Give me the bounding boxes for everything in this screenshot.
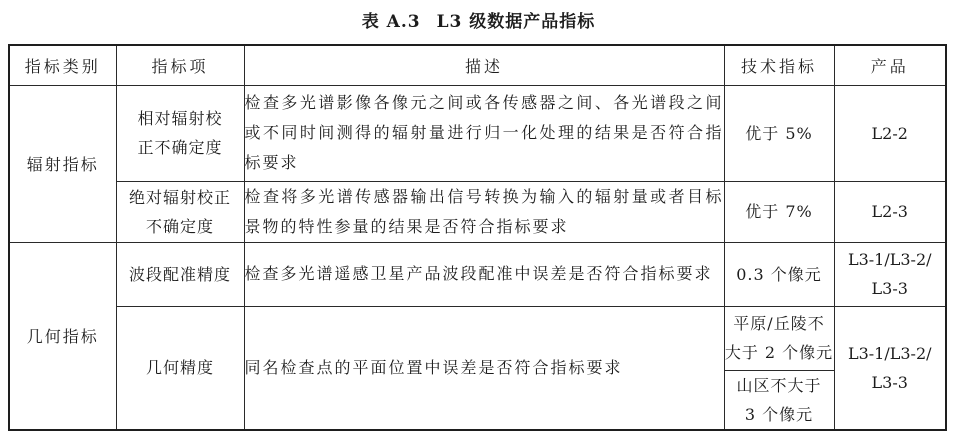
header-description: 描述: [244, 45, 724, 85]
cell-tech-geometric-accuracy-plain: 平原/丘陵不 大于 2 个像元: [724, 306, 834, 370]
cell-tech-relative-radiometric: 优于 5%: [724, 85, 834, 181]
cell-desc-band-registration: 检查多光谱遥感卫星产品波段配准中误差是否符合指标要求: [244, 242, 724, 306]
cell-product-band-registration: L3-1/L3-2/ L3-3: [834, 242, 946, 306]
cell-desc-geometric-accuracy: 同名检查点的平面位置中误差是否符合指标要求: [244, 306, 724, 430]
header-row: 指标类别 指标项 描述 技术指标 产品: [9, 45, 946, 85]
table-caption: 表 A.3L3 级数据产品指标: [0, 7, 957, 32]
table-row: 几何精度 同名检查点的平面位置中误差是否符合指标要求 平原/丘陵不 大于 2 个…: [9, 306, 946, 370]
header-category: 指标类别: [9, 45, 116, 85]
cell-product-geometric-accuracy: L3-1/L3-2/ L3-3: [834, 306, 946, 430]
cell-category-geometry: 几何指标: [9, 242, 116, 430]
cell-tech-geometric-accuracy-mountain: 山区不大于 3 个像元: [724, 370, 834, 430]
cell-item-relative-radiometric: 相对辐射校 正不确定度: [116, 85, 244, 181]
spec-table: 指标类别 指标项 描述 技术指标 产品 辐射指标 相对辐射校 正不确定度 检查多…: [8, 44, 947, 431]
cell-item-absolute-radiometric: 绝对辐射校正 不确定度: [116, 181, 244, 242]
header-tech-spec: 技术指标: [724, 45, 834, 85]
table-title: L3 级数据产品指标: [437, 12, 596, 32]
cell-product-absolute-radiometric: L2-3: [834, 181, 946, 242]
document-page: 表 A.3L3 级数据产品指标 指标类别 指标项 描述 技术指标 产品 辐射指标…: [0, 0, 957, 441]
cell-tech-band-registration: 0.3 个像元: [724, 242, 834, 306]
header-product: 产品: [834, 45, 946, 85]
cell-item-geometric-accuracy: 几何精度: [116, 306, 244, 430]
table-row: 辐射指标 相对辐射校 正不确定度 检查多光谱影像各像元之间或各传感器之间、各光谱…: [9, 85, 946, 181]
table-row: 几何指标 波段配准精度 检查多光谱遥感卫星产品波段配准中误差是否符合指标要求 0…: [9, 242, 946, 306]
header-item: 指标项: [116, 45, 244, 85]
table-number: 表 A.3: [362, 12, 421, 32]
cell-product-relative-radiometric: L2-2: [834, 85, 946, 181]
cell-desc-absolute-radiometric: 检查将多光谱传感器输出信号转换为输入的辐射量或者目标景物的特性参量的结果是否符合…: [244, 181, 724, 242]
cell-category-radiation: 辐射指标: [9, 85, 116, 242]
cell-desc-relative-radiometric: 检查多光谱影像各像元之间或各传感器之间、各光谱段之间或不同时间测得的辐射量进行归…: [244, 85, 724, 181]
cell-tech-absolute-radiometric: 优于 7%: [724, 181, 834, 242]
table-row: 绝对辐射校正 不确定度 检查将多光谱传感器输出信号转换为输入的辐射量或者目标景物…: [9, 181, 946, 242]
cell-item-band-registration: 波段配准精度: [116, 242, 244, 306]
